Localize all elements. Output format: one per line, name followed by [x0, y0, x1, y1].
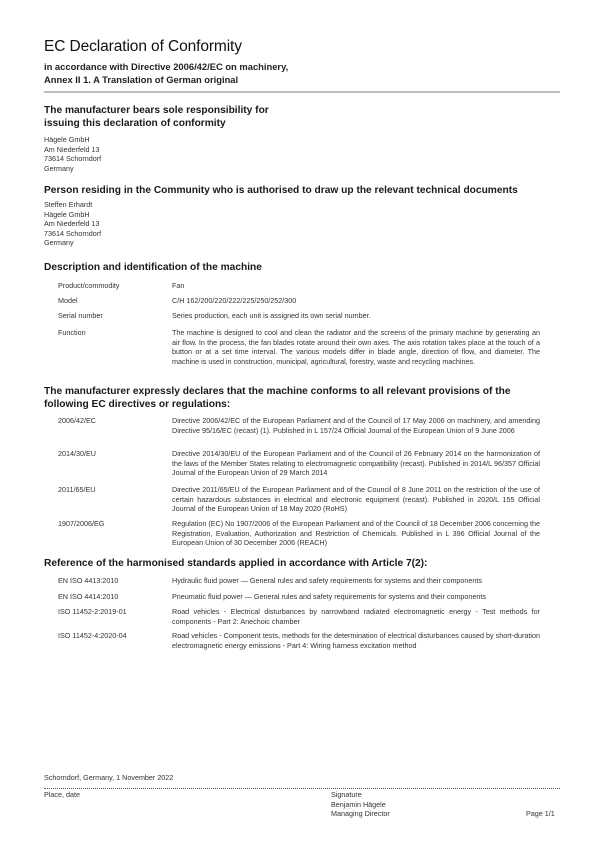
representative-section: Person residing in the Community who is …	[44, 184, 560, 248]
directives-section: The manufacturer expressly declares that…	[44, 385, 560, 411]
page-number: Page 1/1	[526, 809, 555, 819]
place-date-label: Place, date	[44, 790, 80, 800]
machine-section: Description and identification of the ma…	[44, 261, 560, 274]
header-divider	[44, 91, 560, 93]
directives-heading: The manufacturer expressly declares that…	[44, 385, 560, 411]
manufacturer-address: Hägele GmbH Am Niederfeld 13 73614 Schor…	[44, 135, 560, 173]
manufacturer-section: The manufacturer bears sole responsibili…	[44, 104, 560, 173]
signature-label: Signature	[331, 790, 390, 800]
machine-heading: Description and identification of the ma…	[44, 261, 560, 274]
signatory-title: Managing Director	[331, 809, 390, 819]
signature-block: Signature Benjamin Hägele Managing Direc…	[331, 790, 390, 819]
place-date-value: Schorndorf, Germany, 1 November 2022	[44, 773, 173, 782]
representative-heading: Person residing in the Community who is …	[44, 184, 560, 197]
manufacturer-heading: The manufacturer bears sole responsibili…	[44, 104, 560, 130]
representative-address: Steffen Erhardt Hägele GmbH Am Niederfel…	[44, 200, 560, 248]
document-subtitle: in accordance with Directive 2006/42/EC …	[44, 60, 288, 86]
standards-heading: Reference of the harmonised standards ap…	[44, 557, 560, 570]
signature-dotted-line	[44, 788, 560, 789]
signatory-name: Benjamin Hägele	[331, 800, 390, 810]
document-title: EC Declaration of Conformity	[44, 38, 242, 56]
standards-section: Reference of the harmonised standards ap…	[44, 557, 560, 570]
